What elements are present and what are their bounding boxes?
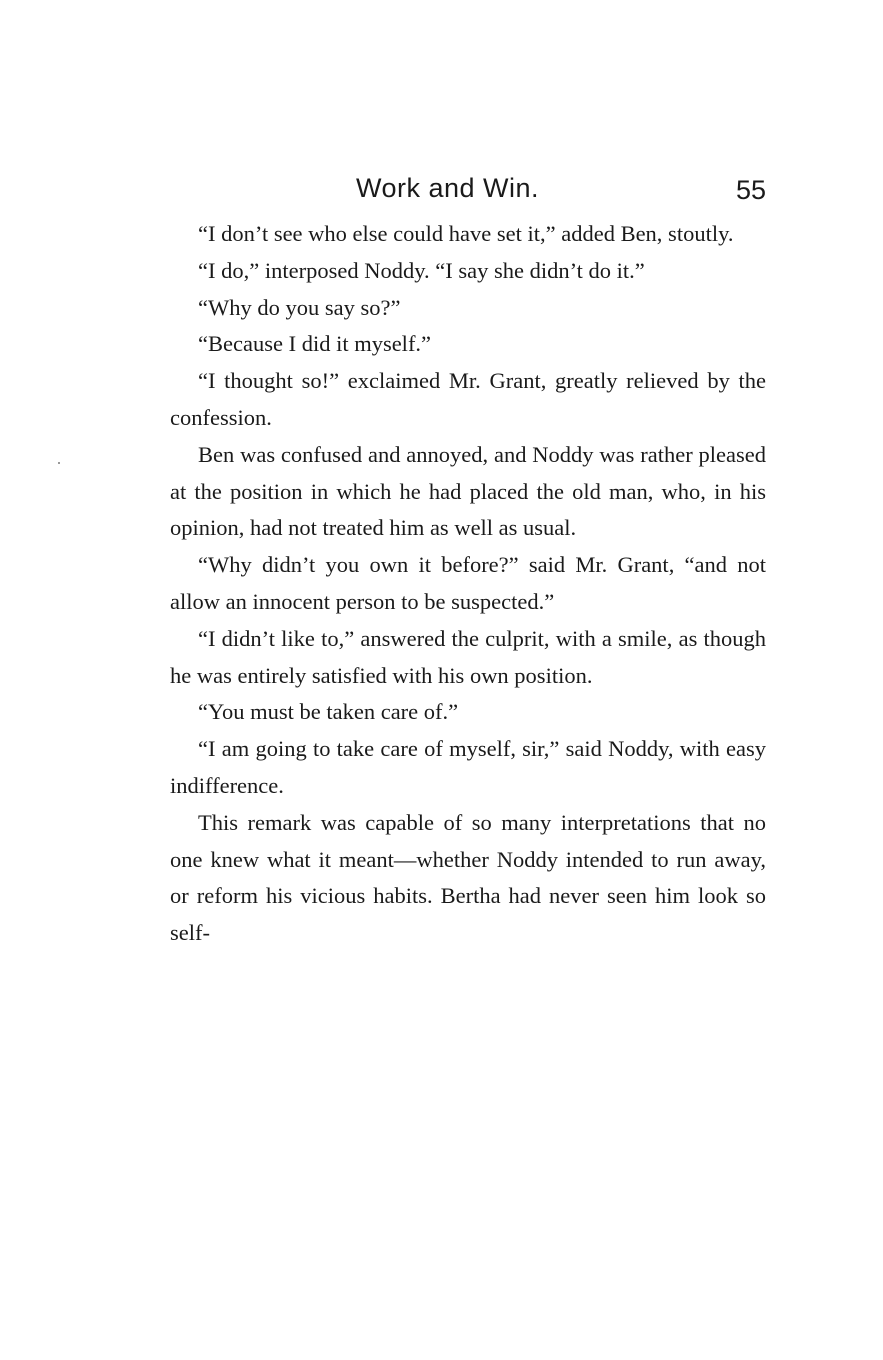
paragraph: “Because I did it myself.”	[170, 326, 766, 363]
paragraph: “Why do you say so?”	[170, 290, 766, 327]
paragraph: “I am going to take care of myself, sir,…	[170, 731, 766, 805]
page-number: 55	[736, 172, 766, 209]
paragraph: “Why didn’t you own it before?” said Mr.…	[170, 547, 766, 621]
paragraph: “You must be taken care of.”	[170, 694, 766, 731]
paragraph: “I don’t see who else could have set it,…	[170, 216, 766, 253]
paragraph: “I didn’t like to,” answered the culprit…	[170, 621, 766, 695]
paragraph: This remark was capable of so many inter…	[170, 805, 766, 952]
paragraph: Ben was confused and annoyed, and Noddy …	[170, 437, 766, 547]
paragraph: “I thought so!” exclaimed Mr. Grant, gre…	[170, 363, 766, 437]
book-page: Work and Win. 55 “I don’t see who else c…	[170, 170, 766, 952]
scan-speck	[58, 462, 60, 464]
running-title: Work and Win.	[356, 170, 539, 207]
paragraph: “I do,” interposed Noddy. “I say she did…	[170, 253, 766, 290]
page-header: Work and Win. 55	[170, 170, 766, 214]
